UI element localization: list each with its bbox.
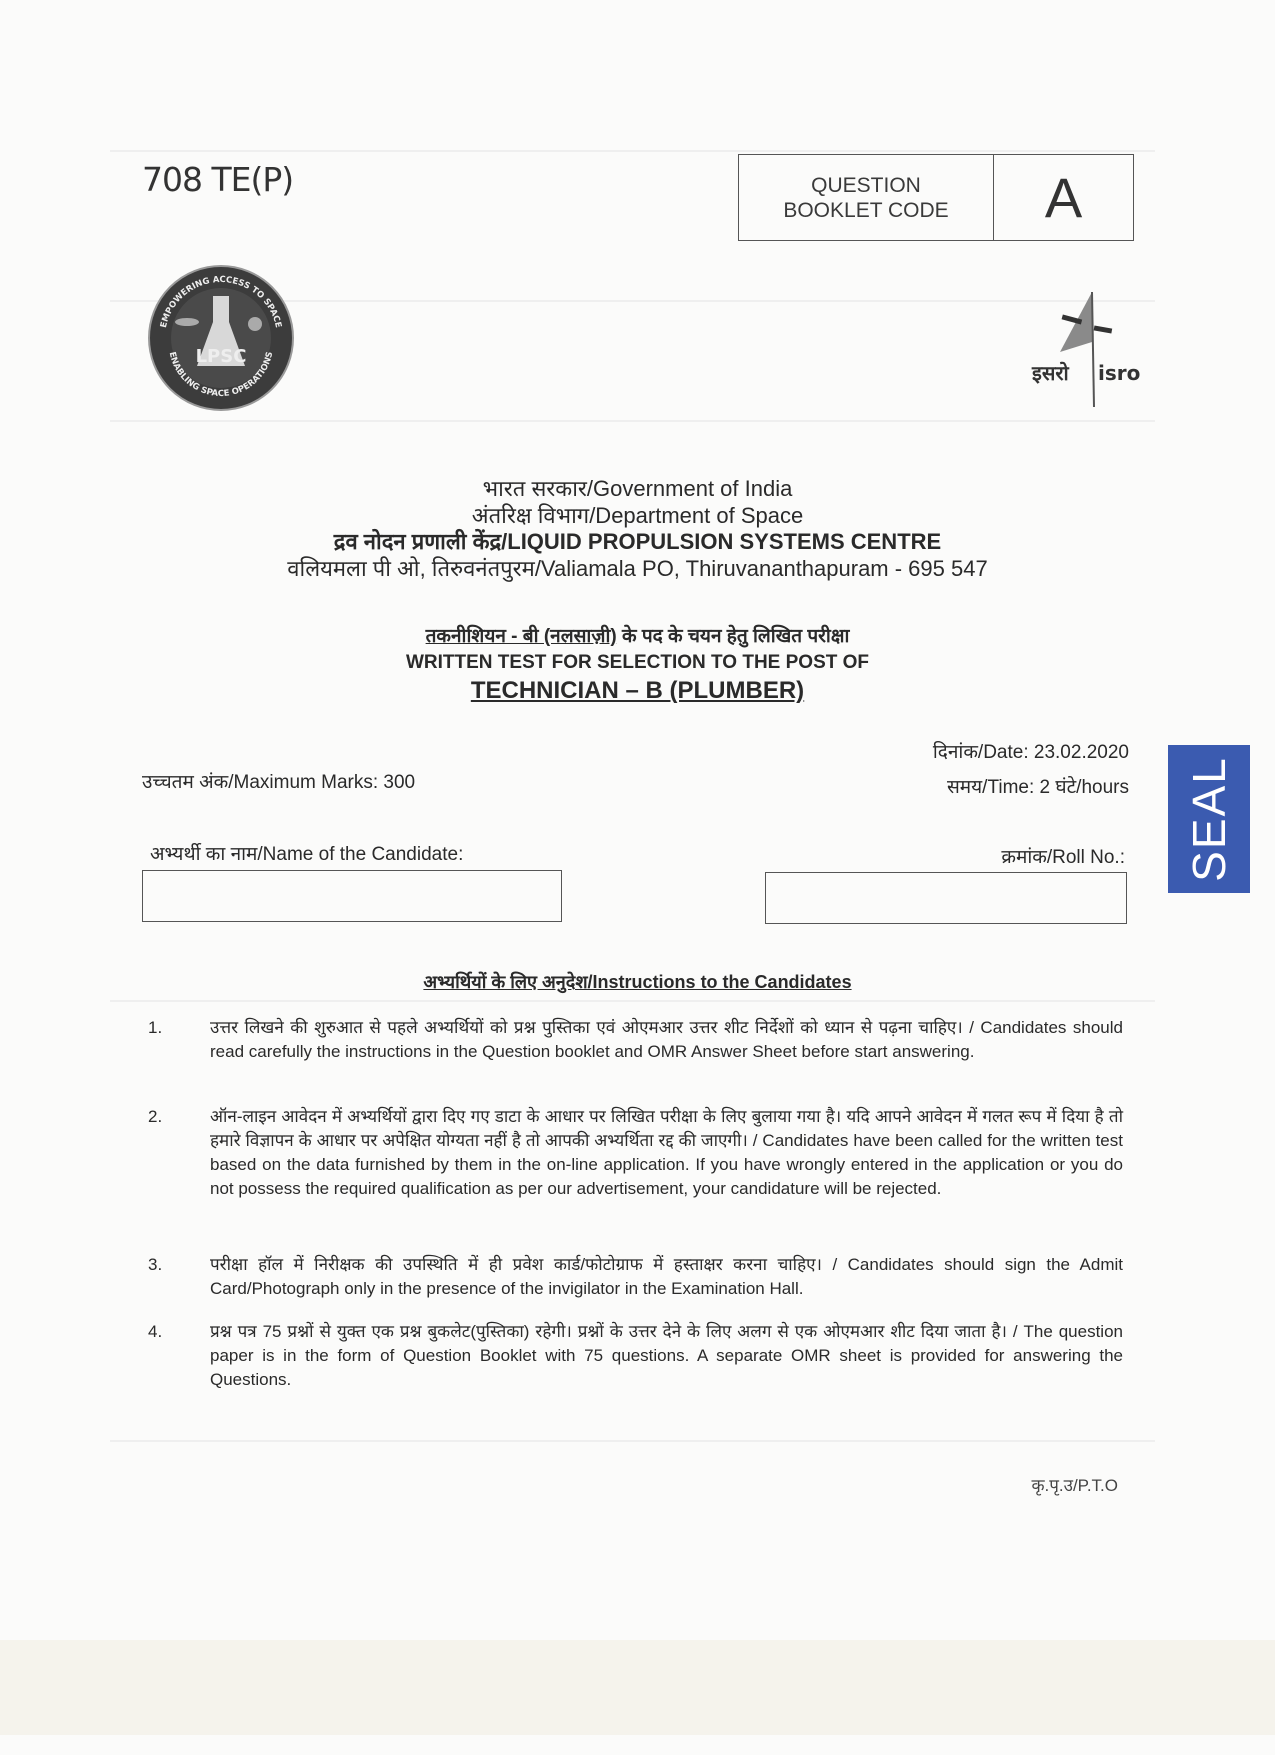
svg-text:इसरो: इसरो — [1031, 361, 1070, 385]
candidate-name-label: अभ्यर्थी का नाम/Name of the Candidate: — [150, 840, 463, 866]
post-title: TECHNICIAN – B (PLUMBER) — [0, 677, 1275, 705]
svg-text:isro: isro — [1098, 361, 1140, 385]
exam-duration: समय/Time: 2 घंटे/hours — [947, 773, 1129, 799]
instruction-item: 1. उत्तर लिखने की शुरुआत से पहले अभ्यर्थ… — [148, 1016, 1123, 1064]
svg-text:LPSC: LPSC — [196, 346, 247, 367]
booklet-code-label: QUESTION BOOKLET CODE — [739, 155, 994, 240]
bleed-through-line — [110, 1440, 1155, 1442]
org-centre: द्रव नोदन प्रणाली केंद्र/LIQUID PROPULSI… — [0, 526, 1275, 556]
exam-title-hindi: तकनीशियन - बी (नलसाज़ी) के पद के चयन हेत… — [0, 622, 1275, 648]
org-government: भारत सरकार/Government of India — [0, 473, 1275, 503]
please-turn-over: कृ.पृ.उ/P.T.O — [1031, 1473, 1118, 1496]
booklet-code-box: QUESTION BOOKLET CODE A — [738, 154, 1134, 241]
bleed-through-line — [110, 150, 1155, 152]
roll-number-label: क्रमांक/Roll No.: — [1001, 843, 1125, 869]
instruction-item: 2. ऑन-लाइन आवेदन में अभ्यर्थियों द्वारा … — [148, 1105, 1123, 1201]
instruction-item: 4. प्रश्न पत्र 75 प्रश्नों से युक्त एक प… — [148, 1320, 1123, 1392]
max-marks: उच्चतम अंक/Maximum Marks: 300 — [142, 768, 415, 794]
lpsc-logo-icon: LPSC EMPOWERING ACCESS TO SPACE ENABLING… — [145, 262, 297, 414]
seal-tab: SEAL — [1168, 745, 1250, 893]
page-bottom-edge — [0, 1640, 1275, 1735]
instructions-heading: अभ्यर्थियों के लिए अनुदेश/Instructions t… — [0, 970, 1275, 994]
exam-title-english: WRITTEN TEST FOR SELECTION TO THE POST O… — [0, 652, 1275, 674]
candidate-name-field[interactable] — [142, 870, 562, 922]
isro-logo-icon: इसरो isro — [990, 262, 1140, 412]
org-address: वलियमला पी ओ, तिरुवनंतपुरम/Valiamala PO,… — [0, 553, 1275, 583]
instruction-item: 3. परीक्षा हॉल में निरीक्षक की उपस्थिति … — [148, 1253, 1123, 1301]
bleed-through-line — [110, 420, 1155, 422]
bleed-through-line — [110, 1000, 1155, 1002]
booklet-series-id: 708 TE(P) — [142, 160, 293, 199]
exam-date: दिनांक/Date: 23.02.2020 — [933, 738, 1129, 764]
booklet-code-value: A — [994, 155, 1133, 240]
roll-number-field[interactable] — [765, 872, 1127, 924]
